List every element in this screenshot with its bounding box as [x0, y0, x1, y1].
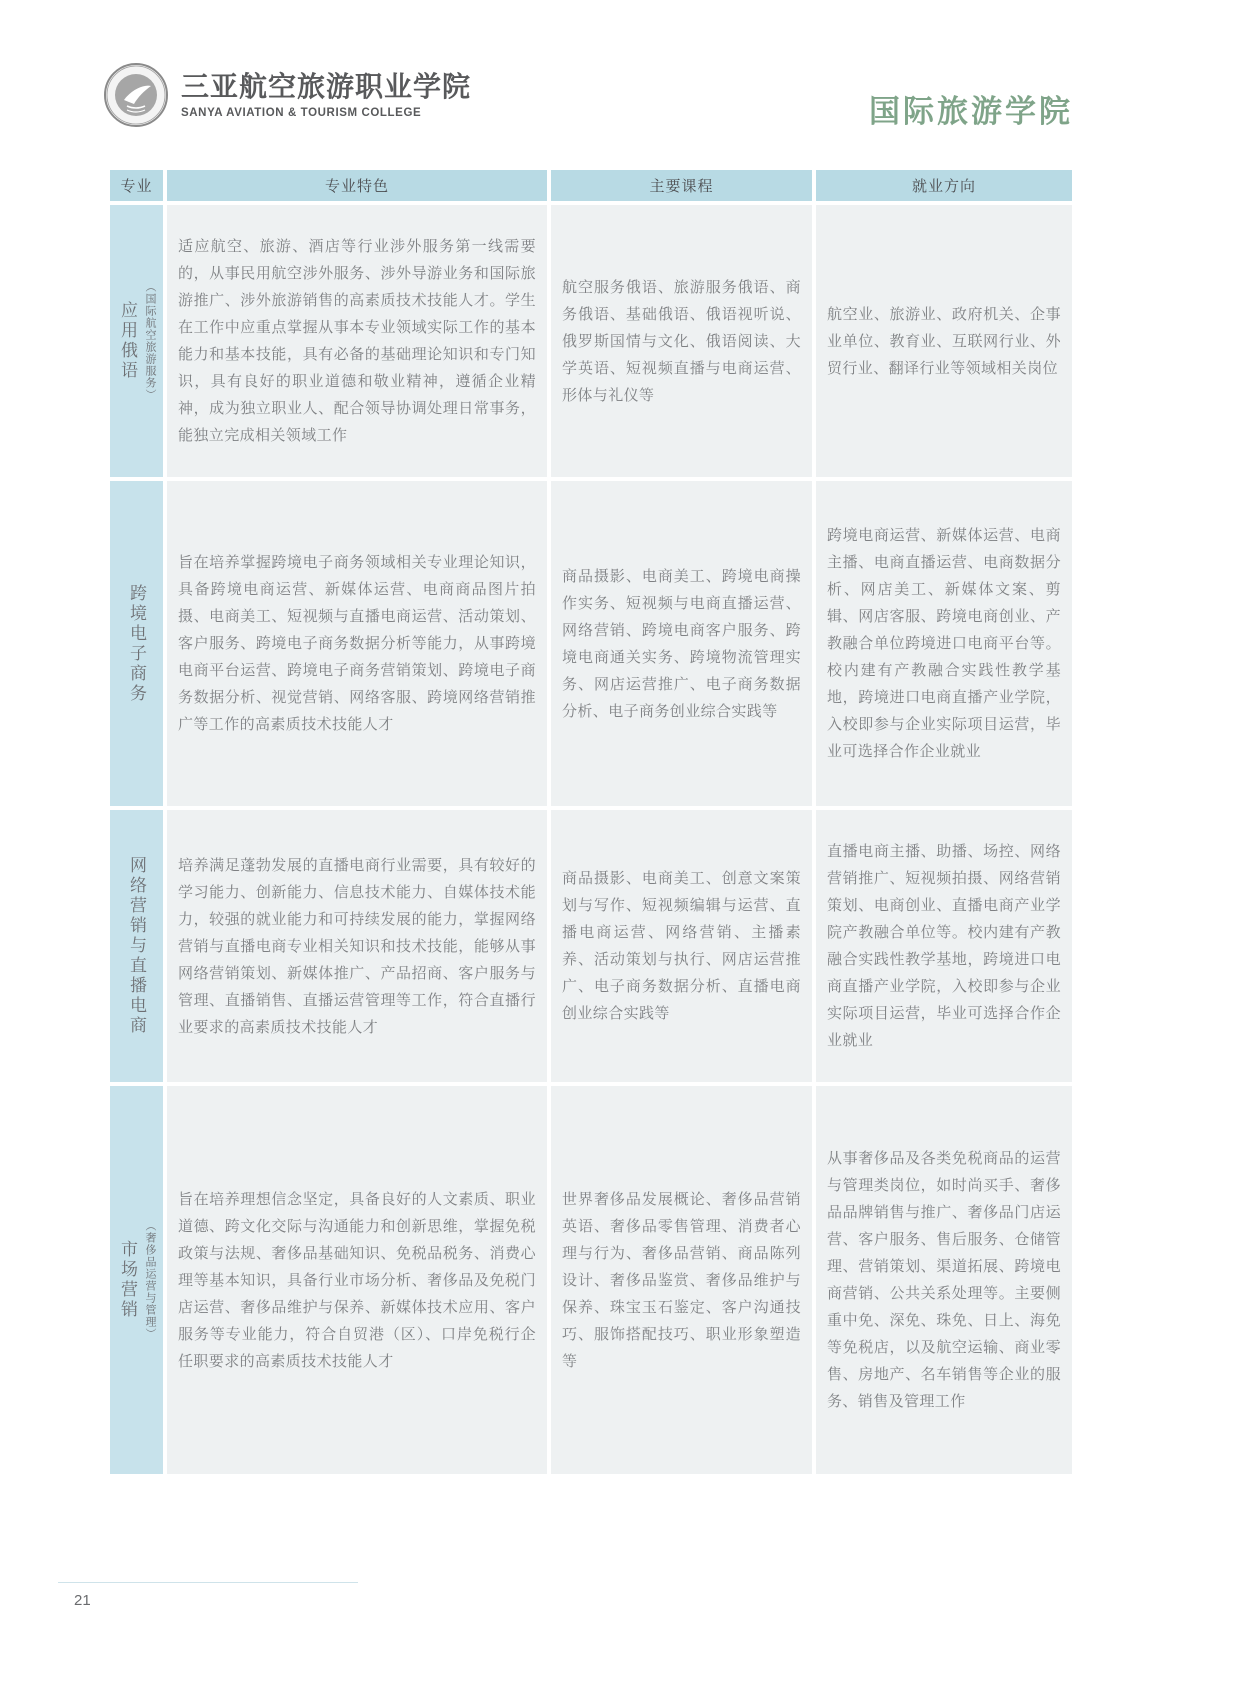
- courses-text: 商品摄影、电商美工、创意文案策划与写作、短视频编辑与运营、直播电商运营、网络营销…: [562, 865, 801, 1027]
- courses-cell: 商品摄影、电商美工、跨境电商操作实务、短视频与电商直播运营、网络营销、跨境电商客…: [551, 481, 812, 806]
- employment-cell: 从事奢侈品及各类免税商品的运营与管理类岗位，如时尚买手、奢侈品品牌销售与推广、奢…: [816, 1086, 1072, 1474]
- courses-text: 航空服务俄语、旅游服务俄语、商务俄语、基础俄语、俄语视听说、俄罗斯国情与文化、俄…: [562, 274, 801, 409]
- courses-text: 世界奢侈品发展概论、奢侈品营销英语、奢侈品零售管理、消费者心理与行为、奢侈品营销…: [562, 1186, 801, 1375]
- column-header-courses: 主要课程: [551, 170, 812, 201]
- employment-text: 航空业、旅游业、政府机关、企事业单位、教育业、互联网行业、外贸行业、翻译行业等领…: [827, 301, 1061, 382]
- major-label: 市场营销 （奢侈品运营与管理）: [115, 1220, 158, 1340]
- column-header-features: 专业特色: [167, 170, 547, 201]
- page-number: 21: [58, 1592, 358, 1609]
- courses-cell: 航空服务俄语、旅游服务俄语、商务俄语、基础俄语、俄语视听说、俄罗斯国情与文化、俄…: [551, 205, 812, 477]
- page-title: 国际旅游学院: [869, 86, 1073, 131]
- college-name-block: 三亚航空旅游职业学院 SANYA AVIATION & TOURISM COLL…: [181, 71, 471, 118]
- table-row: 网络营销与直播电商 培养满足蓬勃发展的直播电商行业需要，具有较好的学习能力、创新…: [110, 810, 1072, 1082]
- table-row: 跨境电子商务 旨在培养掌握跨境电子商务领域相关专业理论知识，具备跨境电商运营、新…: [110, 481, 1072, 806]
- college-name-en: SANYA AVIATION & TOURISM COLLEGE: [181, 107, 471, 119]
- features-cell: 培养满足蓬勃发展的直播电商行业需要，具有较好的学习能力、创新能力、信息技术能力、…: [167, 810, 547, 1082]
- column-header-employment: 就业方向: [816, 170, 1072, 201]
- table-row: 应用俄语 （国际航空旅游服务） 适应航空、旅游、酒店等行业涉外服务第一线需要的，…: [110, 205, 1072, 477]
- major-label: 跨境电子商务: [124, 584, 149, 704]
- features-text: 培养满足蓬勃发展的直播电商行业需要，具有较好的学习能力、创新能力、信息技术能力、…: [178, 852, 536, 1041]
- courses-cell: 世界奢侈品发展概论、奢侈品营销英语、奢侈品零售管理、消费者心理与行为、奢侈品营销…: [551, 1086, 812, 1474]
- college-name-cn: 三亚航空旅游职业学院: [181, 71, 471, 103]
- major-name: 跨境电子商务: [124, 584, 149, 704]
- major-label: 应用俄语 （国际航空旅游服务）: [115, 281, 158, 401]
- column-header-major: 专业: [110, 170, 163, 201]
- features-text: 适应航空、旅游、酒店等行业涉外服务第一线需要的，从事民用航空涉外服务、涉外导游业…: [178, 233, 536, 449]
- major-label: 网络营销与直播电商: [124, 856, 149, 1036]
- footer-divider: [58, 1582, 358, 1583]
- features-cell: 旨在培养理想信念坚定，具备良好的人文素质、职业道德、跨文化交际与沟通能力和创新思…: [167, 1086, 547, 1474]
- courses-cell: 商品摄影、电商美工、创意文案策划与写作、短视频编辑与运营、直播电商运营、网络营销…: [551, 810, 812, 1082]
- major-name: 市场营销: [115, 1240, 140, 1320]
- major-cell: 跨境电子商务: [110, 481, 163, 806]
- features-text: 旨在培养理想信念坚定，具备良好的人文素质、职业道德、跨文化交际与沟通能力和创新思…: [178, 1186, 536, 1375]
- major-subtitle: （奢侈品运营与管理）: [142, 1220, 158, 1340]
- page-footer: 21: [58, 1582, 358, 1609]
- table-header-row: 专业 专业特色 主要课程 就业方向: [110, 170, 1072, 201]
- major-subtitle: （国际航空旅游服务）: [142, 281, 158, 401]
- major-name: 应用俄语: [115, 301, 140, 381]
- employment-text: 跨境电商运营、新媒体运营、电商主播、电商直播运营、电商数据分析、网店美工、新媒体…: [827, 522, 1061, 765]
- employment-cell: 直播电商主播、助播、场控、网络营销推广、短视频拍摄、网络营销策划、电商创业、直播…: [816, 810, 1072, 1082]
- table-row: 市场营销 （奢侈品运营与管理） 旨在培养理想信念坚定，具备良好的人文素质、职业道…: [110, 1086, 1072, 1474]
- major-cell: 应用俄语 （国际航空旅游服务）: [110, 205, 163, 477]
- table-body: 应用俄语 （国际航空旅游服务） 适应航空、旅游、酒店等行业涉外服务第一线需要的，…: [110, 205, 1072, 1474]
- features-cell: 适应航空、旅游、酒店等行业涉外服务第一线需要的，从事民用航空涉外服务、涉外导游业…: [167, 205, 547, 477]
- college-logo-icon: [103, 62, 169, 128]
- page: 三亚航空旅游职业学院 SANYA AVIATION & TOURISM COLL…: [0, 0, 1241, 1684]
- features-cell: 旨在培养掌握跨境电子商务领域相关专业理论知识，具备跨境电商运营、新媒体运营、电商…: [167, 481, 547, 806]
- major-name: 网络营销与直播电商: [124, 856, 149, 1036]
- employment-cell: 跨境电商运营、新媒体运营、电商主播、电商直播运营、电商数据分析、网店美工、新媒体…: [816, 481, 1072, 806]
- employment-text: 直播电商主播、助播、场控、网络营销推广、短视频拍摄、网络营销策划、电商创业、直播…: [827, 838, 1061, 1054]
- major-cell: 网络营销与直播电商: [110, 810, 163, 1082]
- employment-text: 从事奢侈品及各类免税商品的运营与管理类岗位，如时尚买手、奢侈品品牌销售与推广、奢…: [827, 1145, 1061, 1415]
- college-brand: 三亚航空旅游职业学院 SANYA AVIATION & TOURISM COLL…: [103, 62, 471, 128]
- majors-table: 专业 专业特色 主要课程 就业方向 应用俄语 （国际航空旅游服务） 适应航空、旅…: [110, 170, 1072, 1478]
- employment-cell: 航空业、旅游业、政府机关、企事业单位、教育业、互联网行业、外贸行业、翻译行业等领…: [816, 205, 1072, 477]
- courses-text: 商品摄影、电商美工、跨境电商操作实务、短视频与电商直播运营、网络营销、跨境电商客…: [562, 563, 801, 725]
- features-text: 旨在培养掌握跨境电子商务领域相关专业理论知识，具备跨境电商运营、新媒体运营、电商…: [178, 549, 536, 738]
- major-cell: 市场营销 （奢侈品运营与管理）: [110, 1086, 163, 1474]
